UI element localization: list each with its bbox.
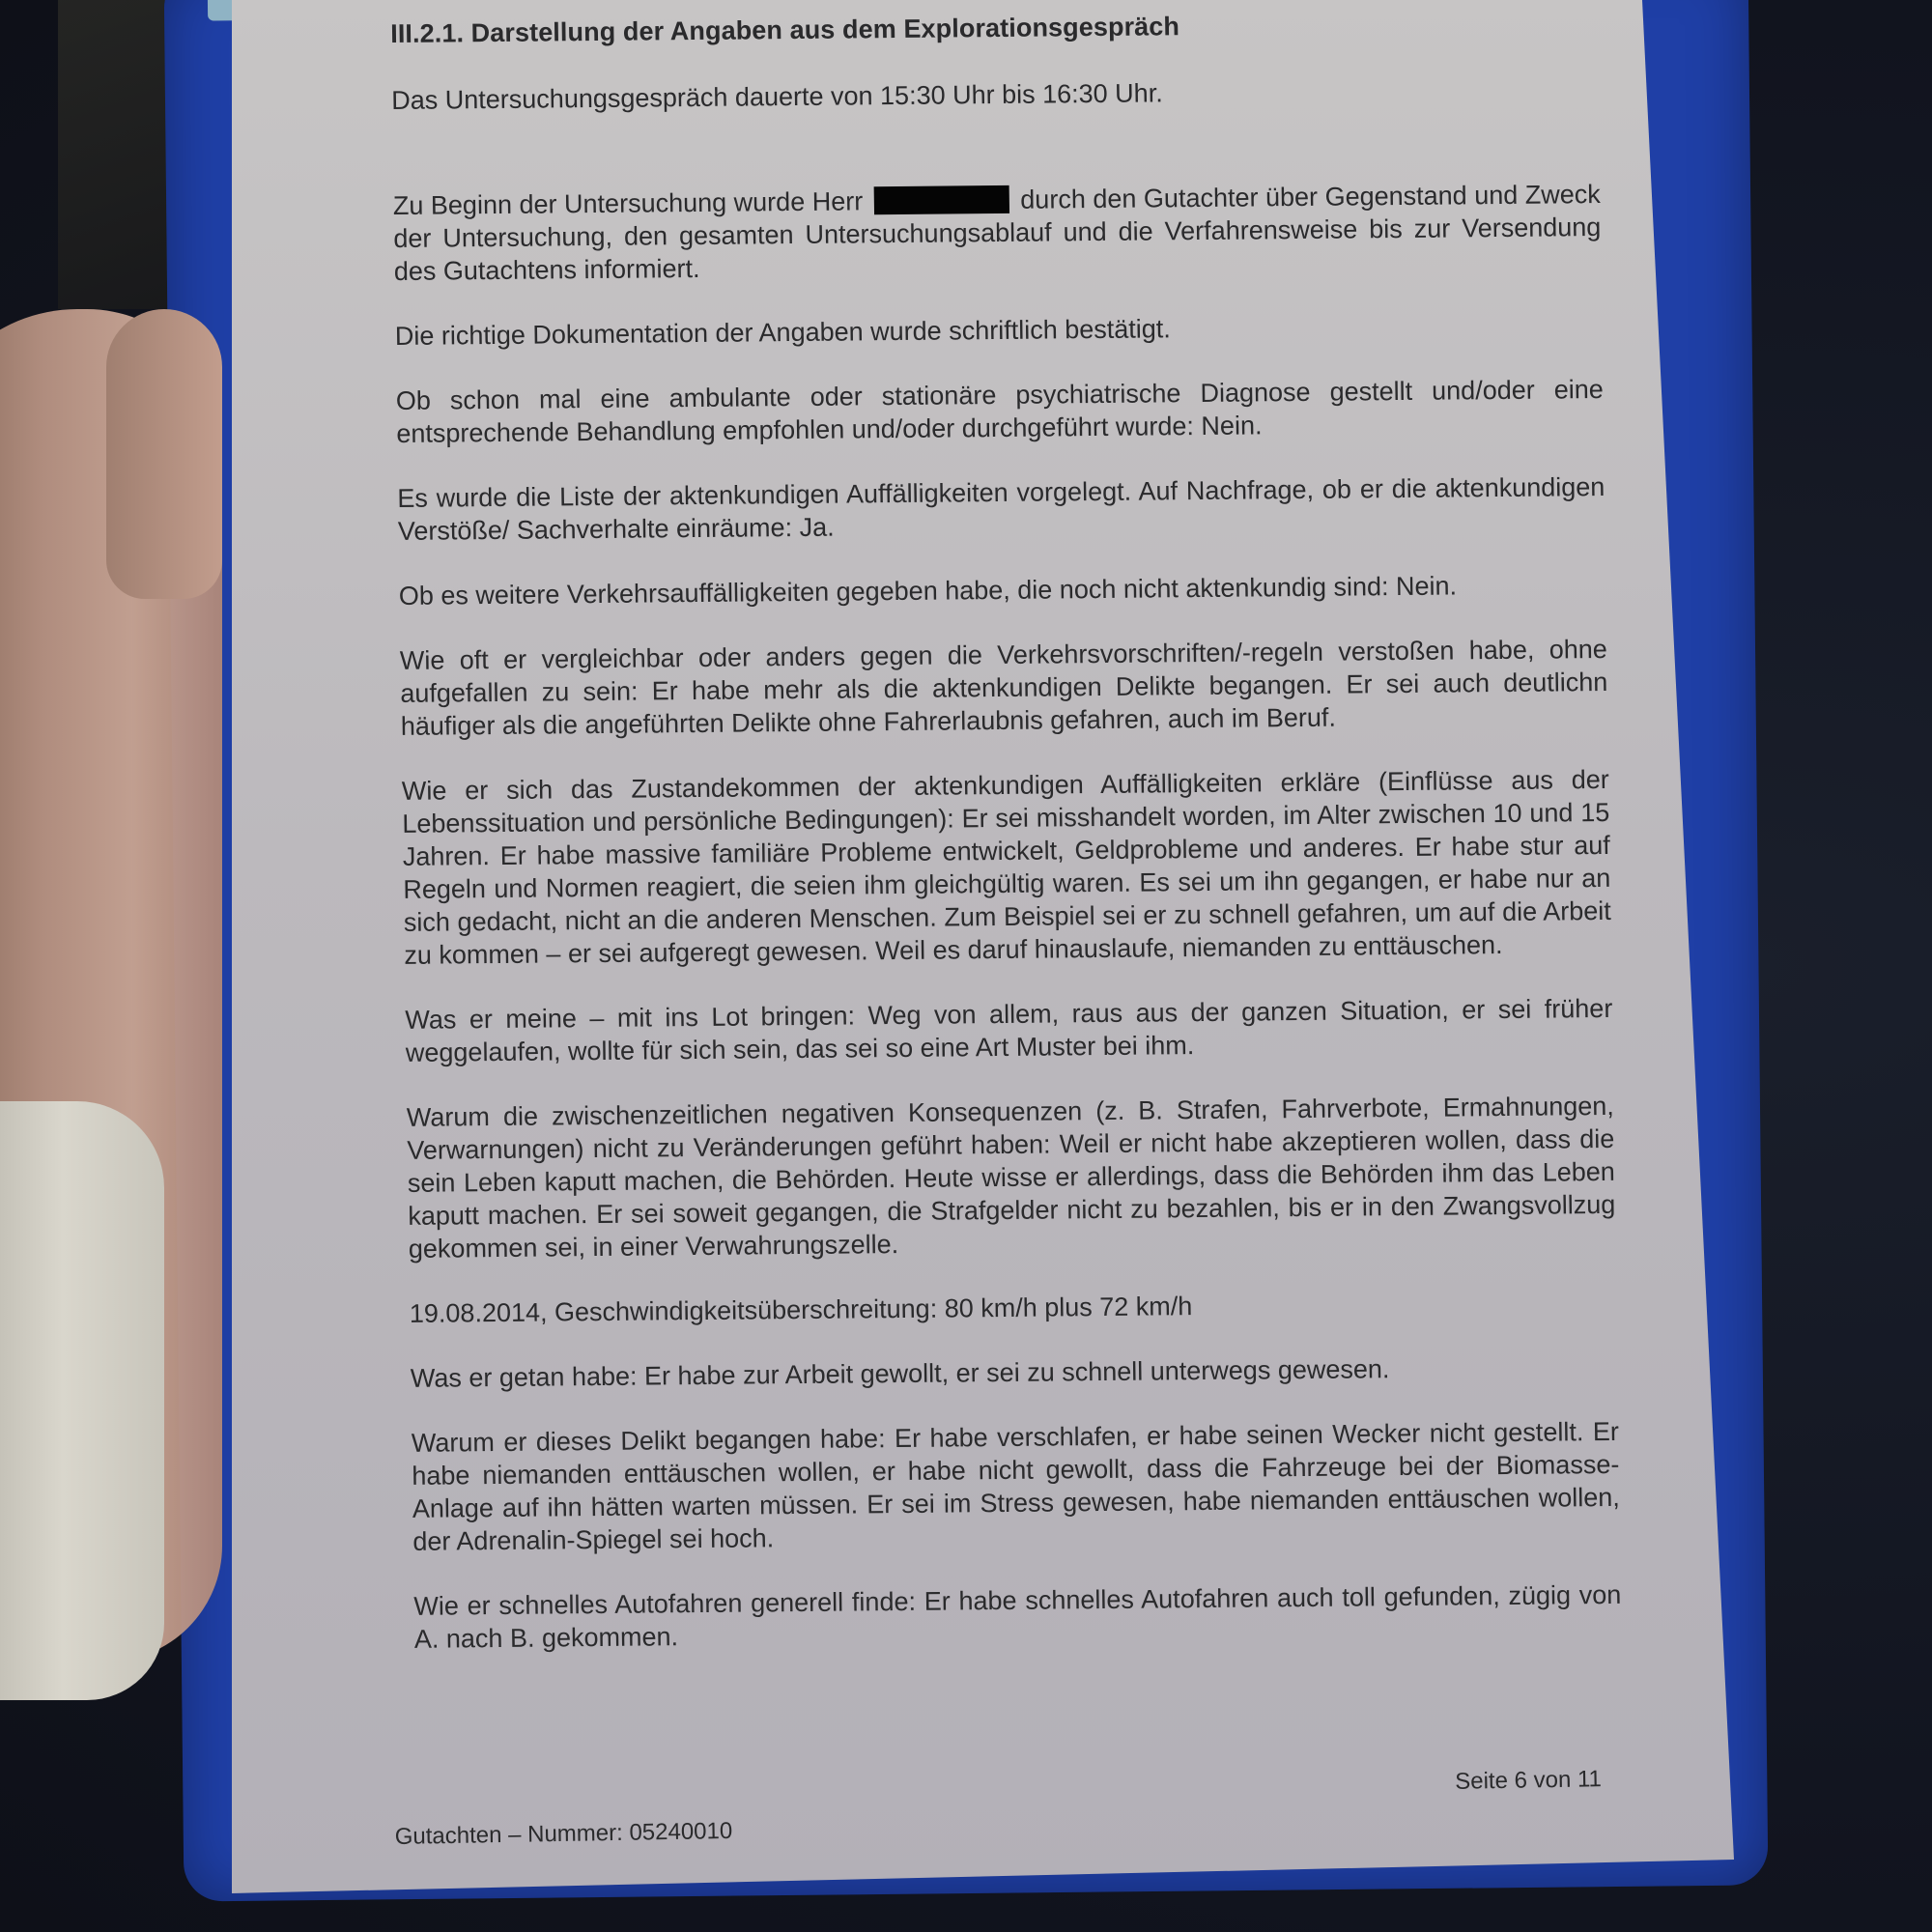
- paragraph-explanation: Wie er sich das Zustandekommen der akten…: [402, 763, 1612, 972]
- thumb: [106, 309, 222, 599]
- intro-paragraph: Zu Beginn der Untersuchung wurde Herr du…: [393, 178, 1602, 288]
- page-indicator: Seite 6 von 11: [1455, 1766, 1602, 1796]
- paragraph-fast-driving: Wie er schnelles Autofahren generell fin…: [413, 1578, 1622, 1656]
- paragraph-further-incidents: Ob es weitere Verkehrsauffälligkeiten ge…: [399, 568, 1606, 612]
- paragraph-diagnosis: Ob schon mal eine ambulante oder station…: [396, 373, 1605, 450]
- photo-scene: III.2.1. Darstellung der Angaben aus dem…: [0, 0, 1932, 1932]
- interview-duration: Das Untersuchungsgespräch dauerte von 15…: [391, 72, 1599, 117]
- paragraph-why-offense: Warum er dieses Delikt begangen habe: Er…: [412, 1415, 1621, 1558]
- sweater-sleeve: [0, 1101, 164, 1700]
- paragraph-consequences: Warum die zwischenzeitlichen negativen K…: [407, 1090, 1616, 1265]
- report-number: Gutachten – Nummer: 05240010: [394, 1818, 732, 1851]
- paragraph-meaning: Was er meine – mit ins Lot bringen: Weg …: [405, 992, 1613, 1069]
- paragraph-record-list: Es wurde die Liste der aktenkundigen Auf…: [397, 470, 1605, 548]
- paragraph-what-done: Was er getan habe: Er habe zur Arbeit ge…: [411, 1350, 1618, 1395]
- redacted-name: [874, 185, 1009, 214]
- paragraph-frequency: Wie oft er vergleichbar oder anders gege…: [400, 633, 1608, 743]
- paragraph-confirmation: Die richtige Dokumentation der Angaben w…: [395, 308, 1603, 353]
- intro-before-name: Zu Beginn der Untersuchung wurde Herr: [393, 186, 864, 220]
- document-content: III.2.1. Darstellung der Angaben aus dem…: [390, 8, 1622, 1656]
- paragraph-offense-date: 19.08.2014, Geschwindigkeitsüberschreitu…: [410, 1286, 1617, 1330]
